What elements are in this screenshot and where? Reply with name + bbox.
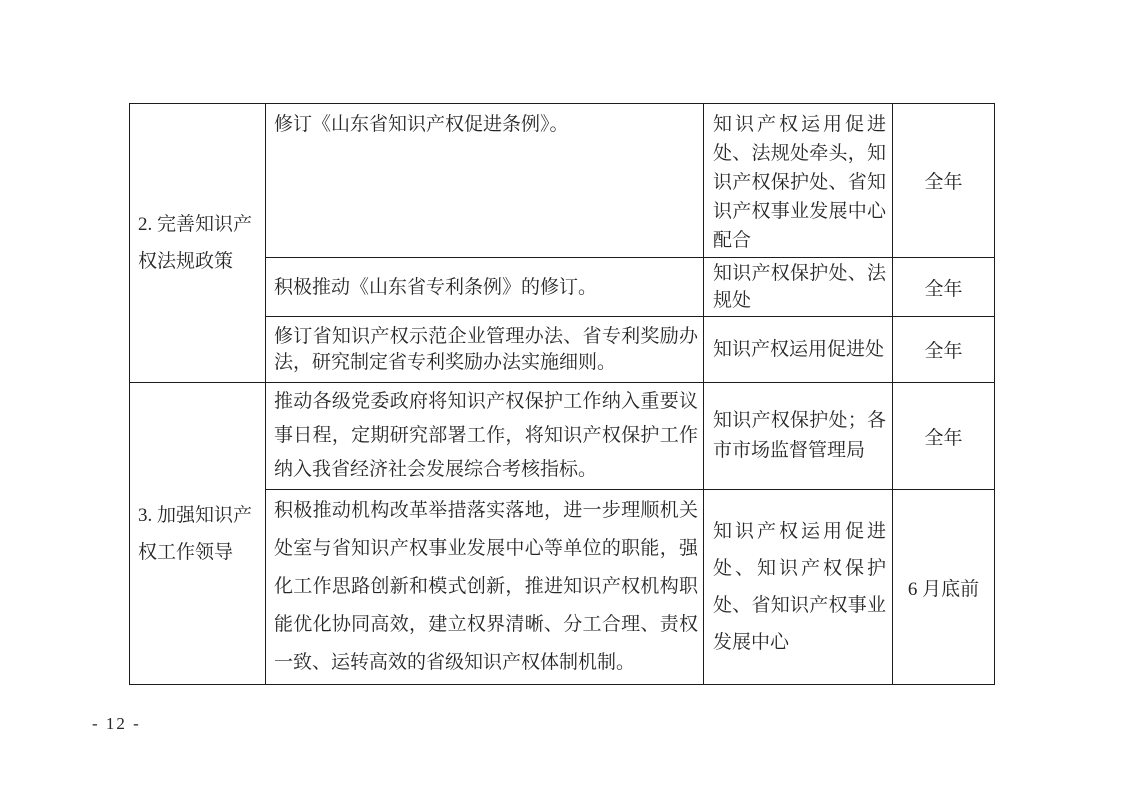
deadline-cell: 全年 <box>893 383 995 490</box>
department-cell: 知识产权保护处、法规处 <box>704 258 893 317</box>
category-cell-leadership: 3. 加强知识产权工作领导 <box>130 383 266 685</box>
task-cell: 积极推动《山东省专利条例》的修订。 <box>266 258 704 317</box>
table-row: 2. 完善知识产权法规政策 修订《山东省知识产权促进条例》。 知识产权运用促进处… <box>130 104 995 258</box>
page-number: - 12 - <box>92 714 141 734</box>
document-page: 2. 完善知识产权法规政策 修订《山东省知识产权促进条例》。 知识产权运用促进处… <box>0 0 1123 794</box>
work-plan-table: 2. 完善知识产权法规政策 修订《山东省知识产权促进条例》。 知识产权运用促进处… <box>129 103 995 685</box>
department-cell: 知识产权运用促进处、知识产权保护处、省知识产权事业发展中心 <box>704 490 893 685</box>
department-cell: 知识产权保护处；各市市场监督管理局 <box>704 383 893 490</box>
deadline-cell: 全年 <box>893 317 995 383</box>
task-cell: 修订省知识产权示范企业管理办法、省专利奖励办法，研究制定省专利奖励办法实施细则。 <box>266 317 704 383</box>
category-cell-policy: 2. 完善知识产权法规政策 <box>130 104 266 383</box>
table-row: 3. 加强知识产权工作领导 推动各级党委政府将知识产权保护工作纳入重要议事日程，… <box>130 383 995 490</box>
deadline-cell: 全年 <box>893 258 995 317</box>
department-cell: 知识产权运用促进处、法规处牵头，知识产权保护处、省知识产权事业发展中心配合 <box>704 104 893 258</box>
task-cell: 修订《山东省知识产权促进条例》。 <box>266 104 704 258</box>
task-cell: 积极推动机构改革举措落实落地，进一步理顺机关处室与省知识产权事业发展中心等单位的… <box>266 490 704 685</box>
deadline-cell: 全年 <box>893 104 995 258</box>
department-cell: 知识产权运用促进处 <box>704 317 893 383</box>
deadline-cell: 6 月底前 <box>893 490 995 685</box>
task-cell: 推动各级党委政府将知识产权保护工作纳入重要议事日程，定期研究部署工作，将知识产权… <box>266 383 704 490</box>
